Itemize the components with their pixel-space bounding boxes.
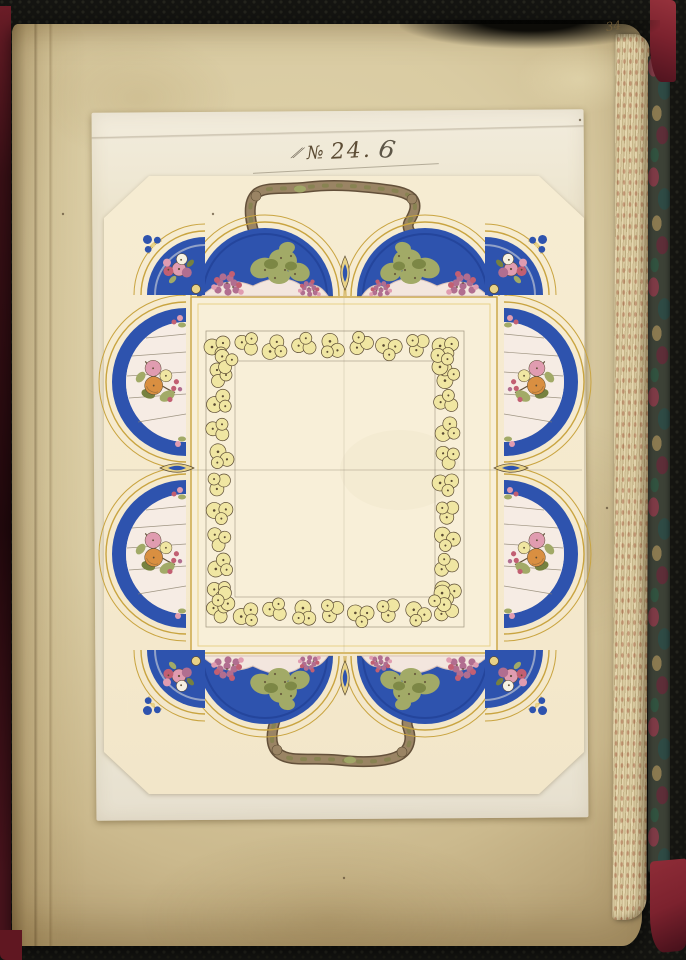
book-cover-bottom-left — [0, 930, 22, 960]
inscription-number: 24. — [330, 137, 372, 164]
inscription-flourish-left: ⁄⁄ — [292, 146, 302, 162]
drawing-sheet — [104, 176, 584, 794]
book-cover-left-edge — [0, 6, 11, 954]
book-cover-top-right — [650, 0, 676, 82]
inscription-numero: № — [306, 142, 324, 164]
drawing-sheet-wrap — [104, 176, 584, 794]
photographed-album-scene: 34 — [0, 0, 686, 960]
book-cover-bottom-right — [650, 858, 686, 953]
page-edges-stack — [612, 34, 649, 920]
page-gutter-shading — [12, 24, 86, 946]
inscription-flourish-right: 6 — [376, 133, 397, 165]
marbled-endpaper-edge — [648, 56, 670, 872]
